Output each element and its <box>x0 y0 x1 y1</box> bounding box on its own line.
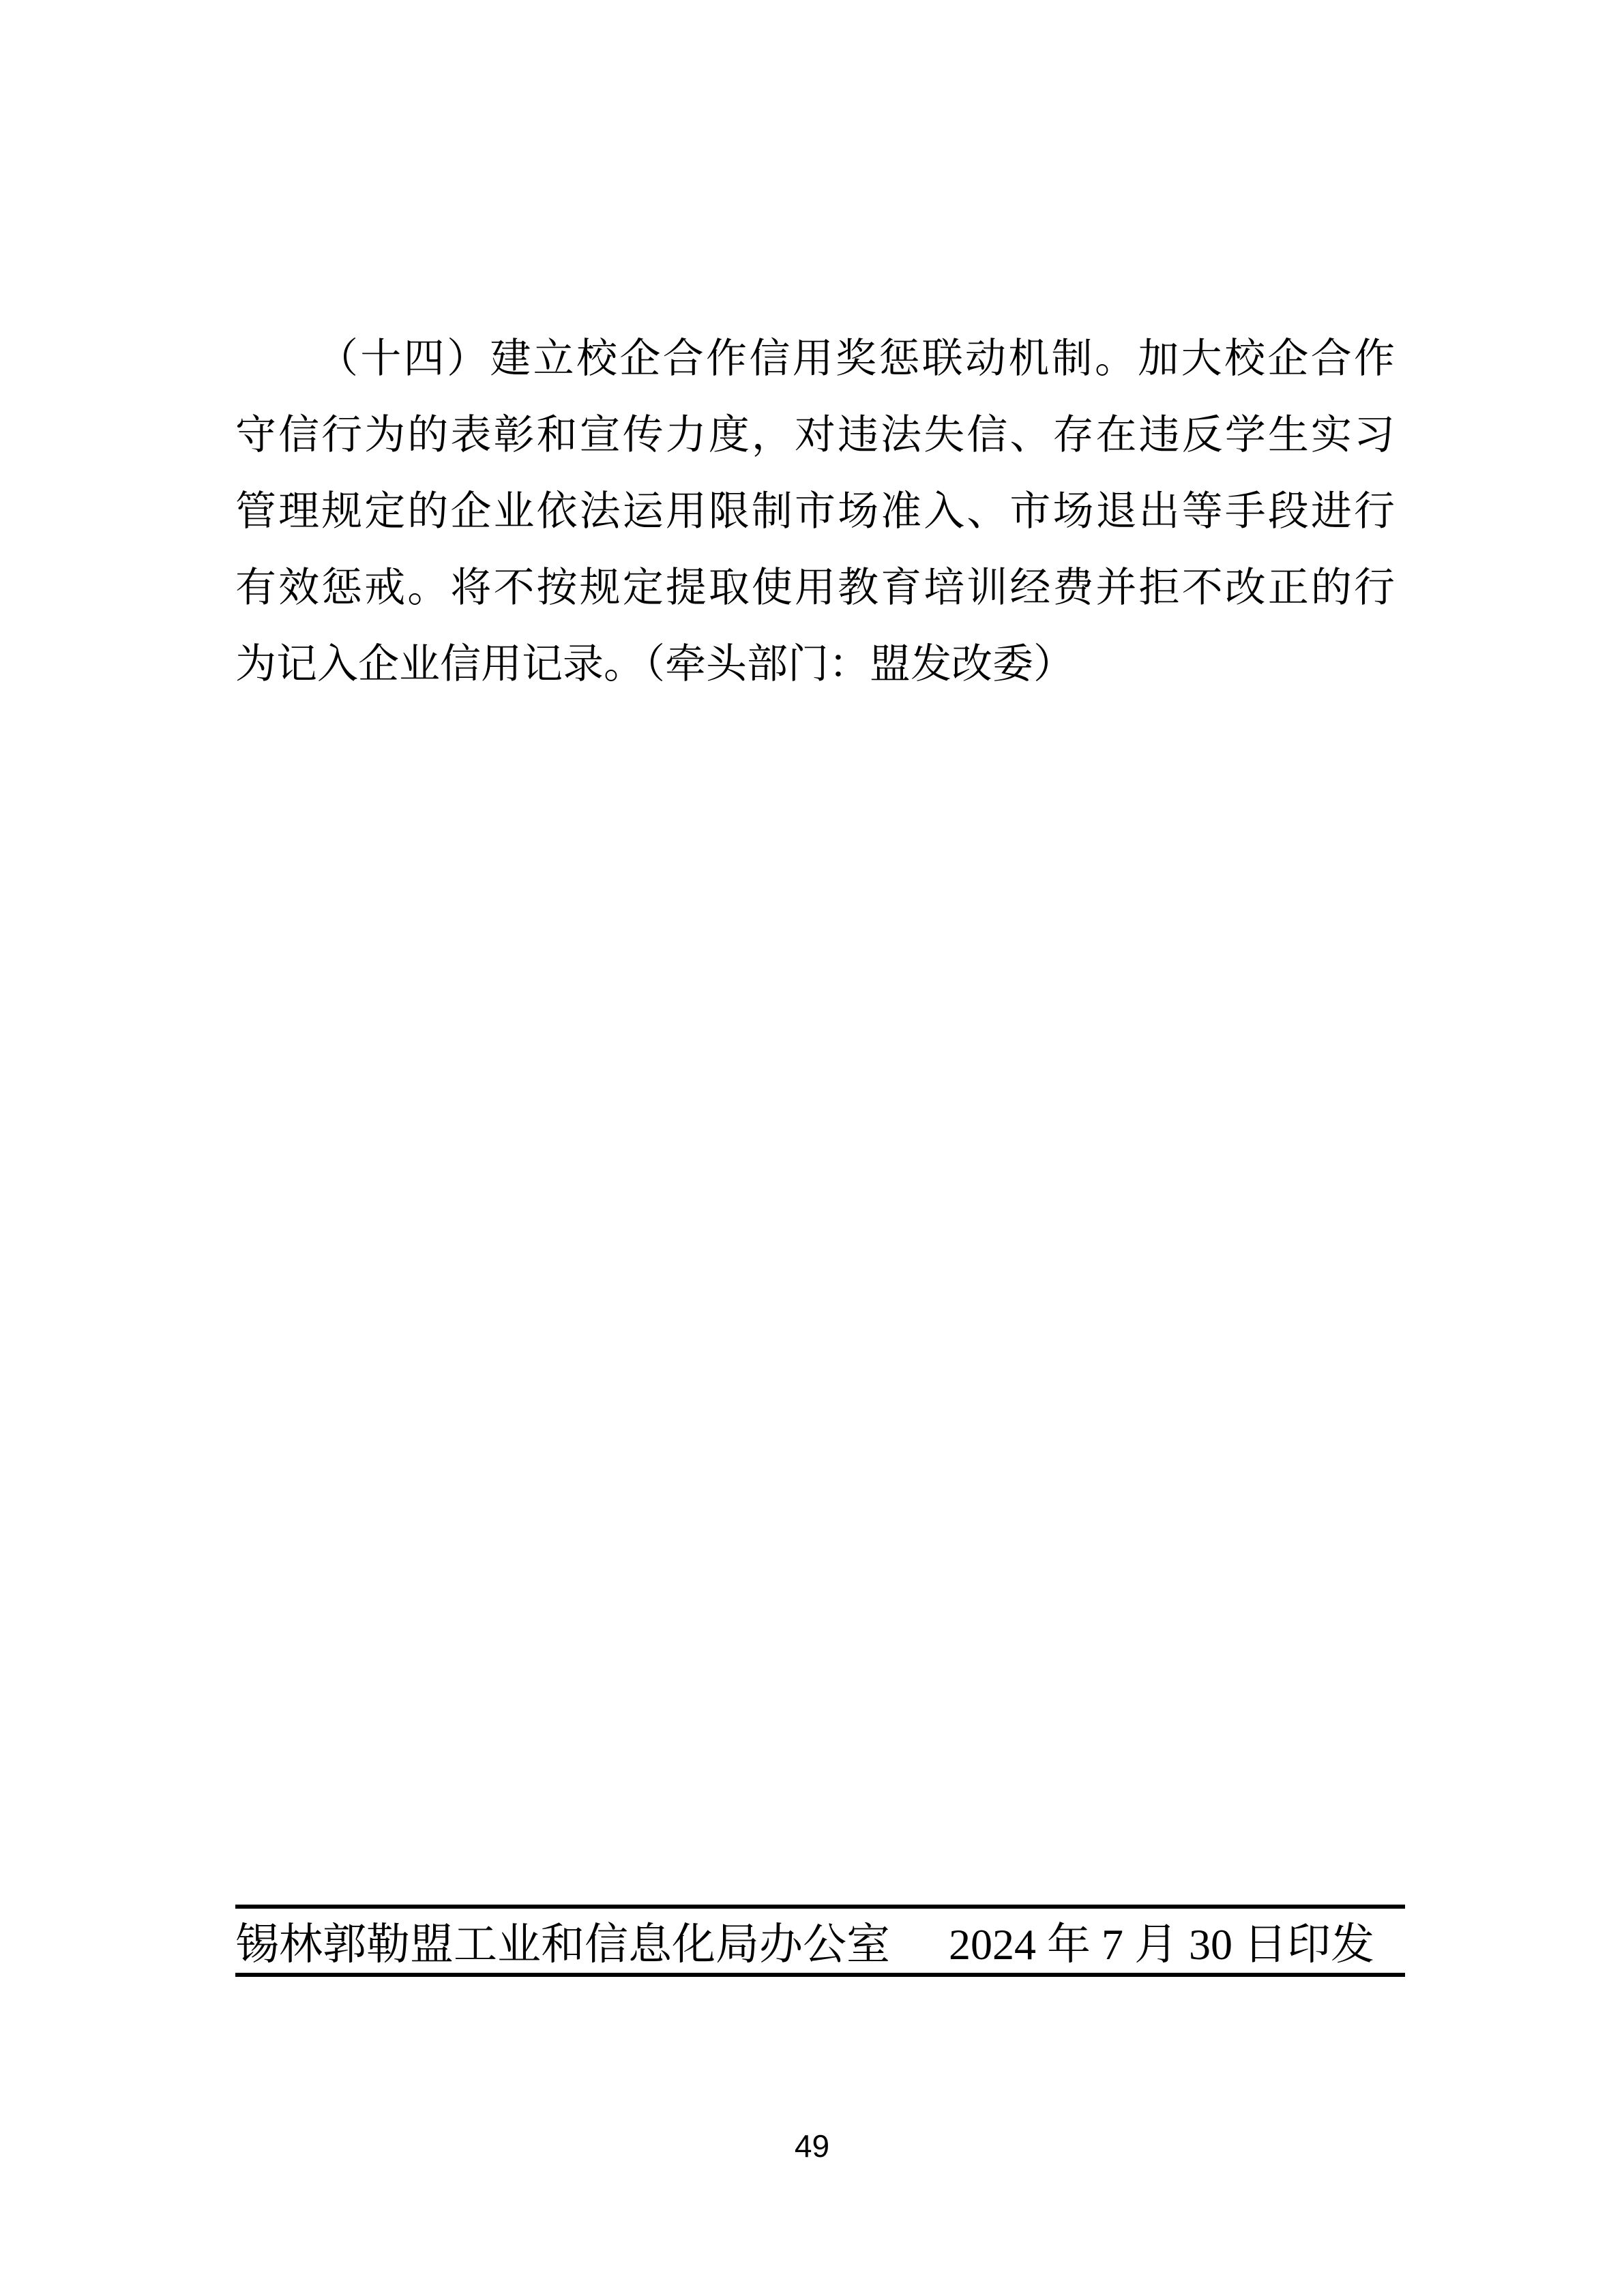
colophon-row: 锡林郭勒盟工业和信息化局办公室 2024 年 7 月 30 日印发 <box>235 1909 1405 1973</box>
paragraph-line: 有效惩戒。将不按规定提取使用教育培训经费并拒不改正的行 <box>235 550 1395 626</box>
paragraph-line: 为记入企业信用记录。（牵头部门：盟发改委） <box>235 626 1395 702</box>
colophon-issuer: 锡林郭勒盟工业和信息化局办公室 <box>235 1909 890 1972</box>
paragraph-line: 管理规定的企业依法运用限制市场准入、市场退出等手段进行 <box>235 473 1395 550</box>
body-paragraph: （十四）建立校企合作信用奖惩联动机制。加大校企合作 守信行为的表彰和宣传力度，对… <box>235 320 1395 702</box>
page-number: 49 <box>0 2130 1624 2162</box>
colophon: 锡林郭勒盟工业和信息化局办公室 2024 年 7 月 30 日印发 <box>235 1905 1405 1977</box>
colophon-print-date: 2024 年 7 月 30 日印发 <box>949 1909 1374 1972</box>
paragraph-line: 守信行为的表彰和宣传力度，对违法失信、存在违反学生实习 <box>235 397 1395 473</box>
paragraph-line: （十四）建立校企合作信用奖惩联动机制。加大校企合作 <box>235 320 1395 397</box>
document-page: （十四）建立校企合作信用奖惩联动机制。加大校企合作 守信行为的表彰和宣传力度，对… <box>0 0 1624 2296</box>
colophon-rule-bottom <box>235 1973 1405 1977</box>
